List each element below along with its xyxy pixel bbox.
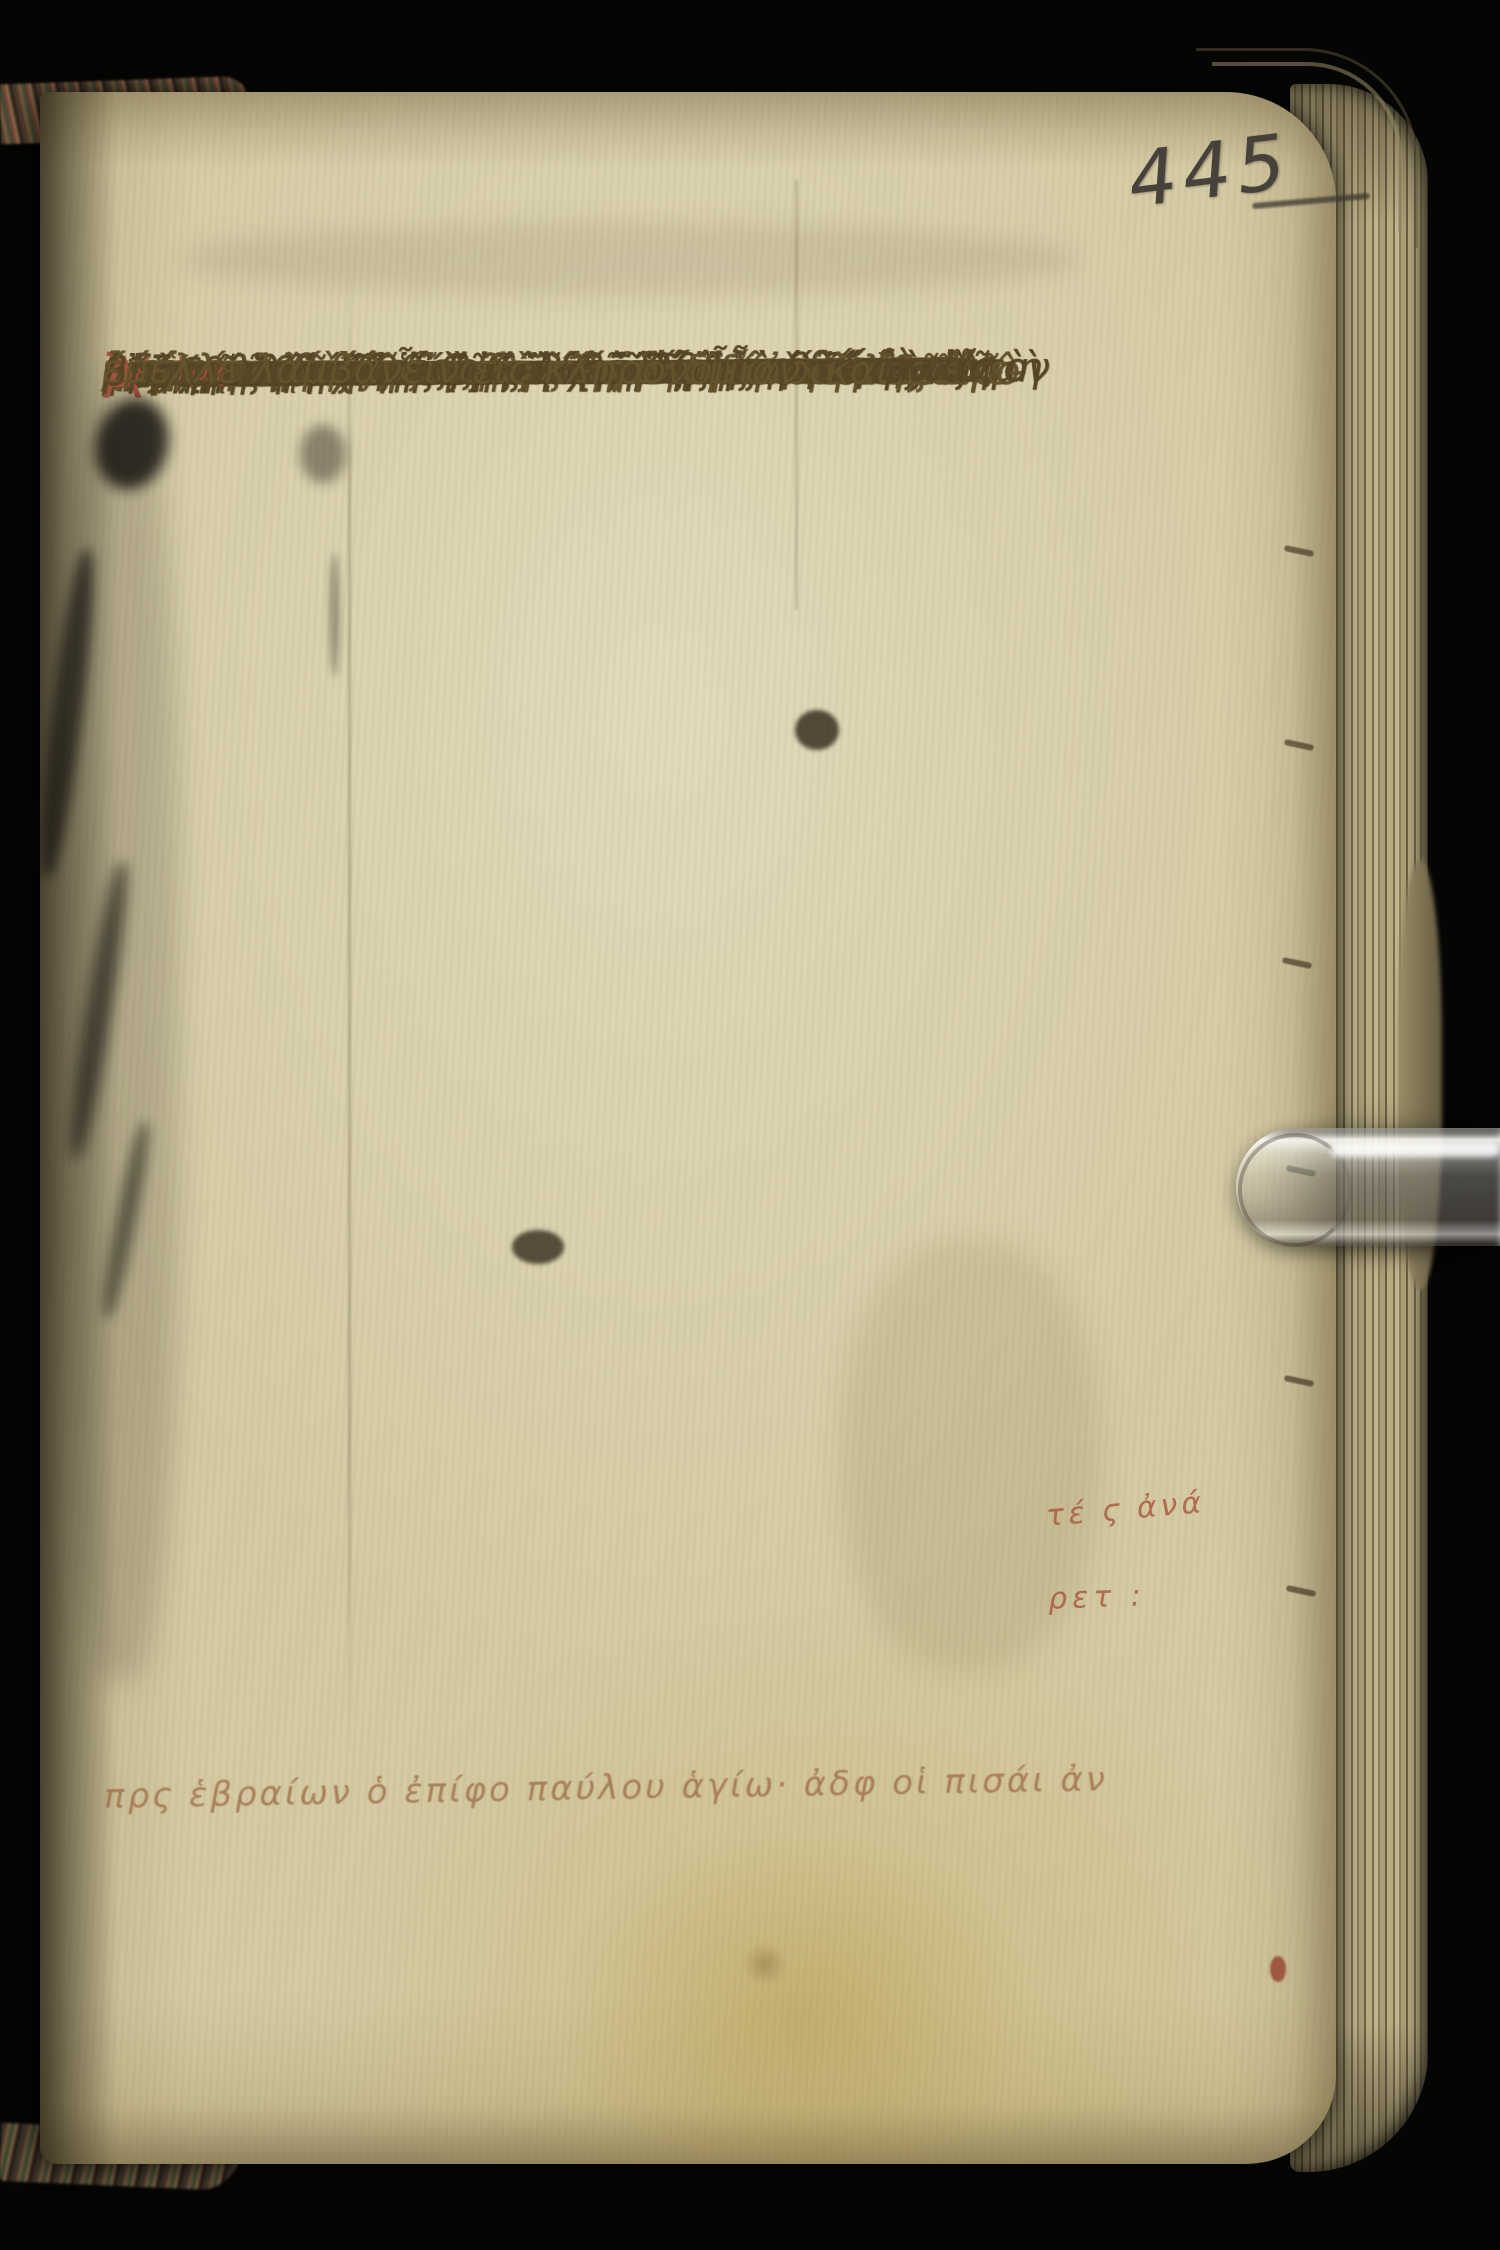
margin-note-red-2: ρετ : (1047, 1578, 1146, 1616)
parchment-stain (742, 1944, 788, 1984)
ink-bleed-through (180, 222, 1080, 296)
parchment-stain (560, 1830, 1030, 2160)
parchment-crease (348, 270, 351, 1750)
ink-smudge (300, 425, 346, 483)
ink-blot (512, 1230, 564, 1264)
glass-rod-highlight (1330, 1142, 1500, 1157)
red-rubric-on-leaf-edge (1270, 1956, 1286, 1982)
text-line-21: ἔμελλε λαμβάνειν εἰς κληρονομίαν· καὶ (102, 340, 890, 406)
photo-backdrop: 445 τυρήθησαν οἱ πρεσβύτεροι· πίστει νοο… (0, 0, 1500, 2250)
ink-smudge (330, 552, 339, 677)
ink-blot (795, 710, 839, 750)
